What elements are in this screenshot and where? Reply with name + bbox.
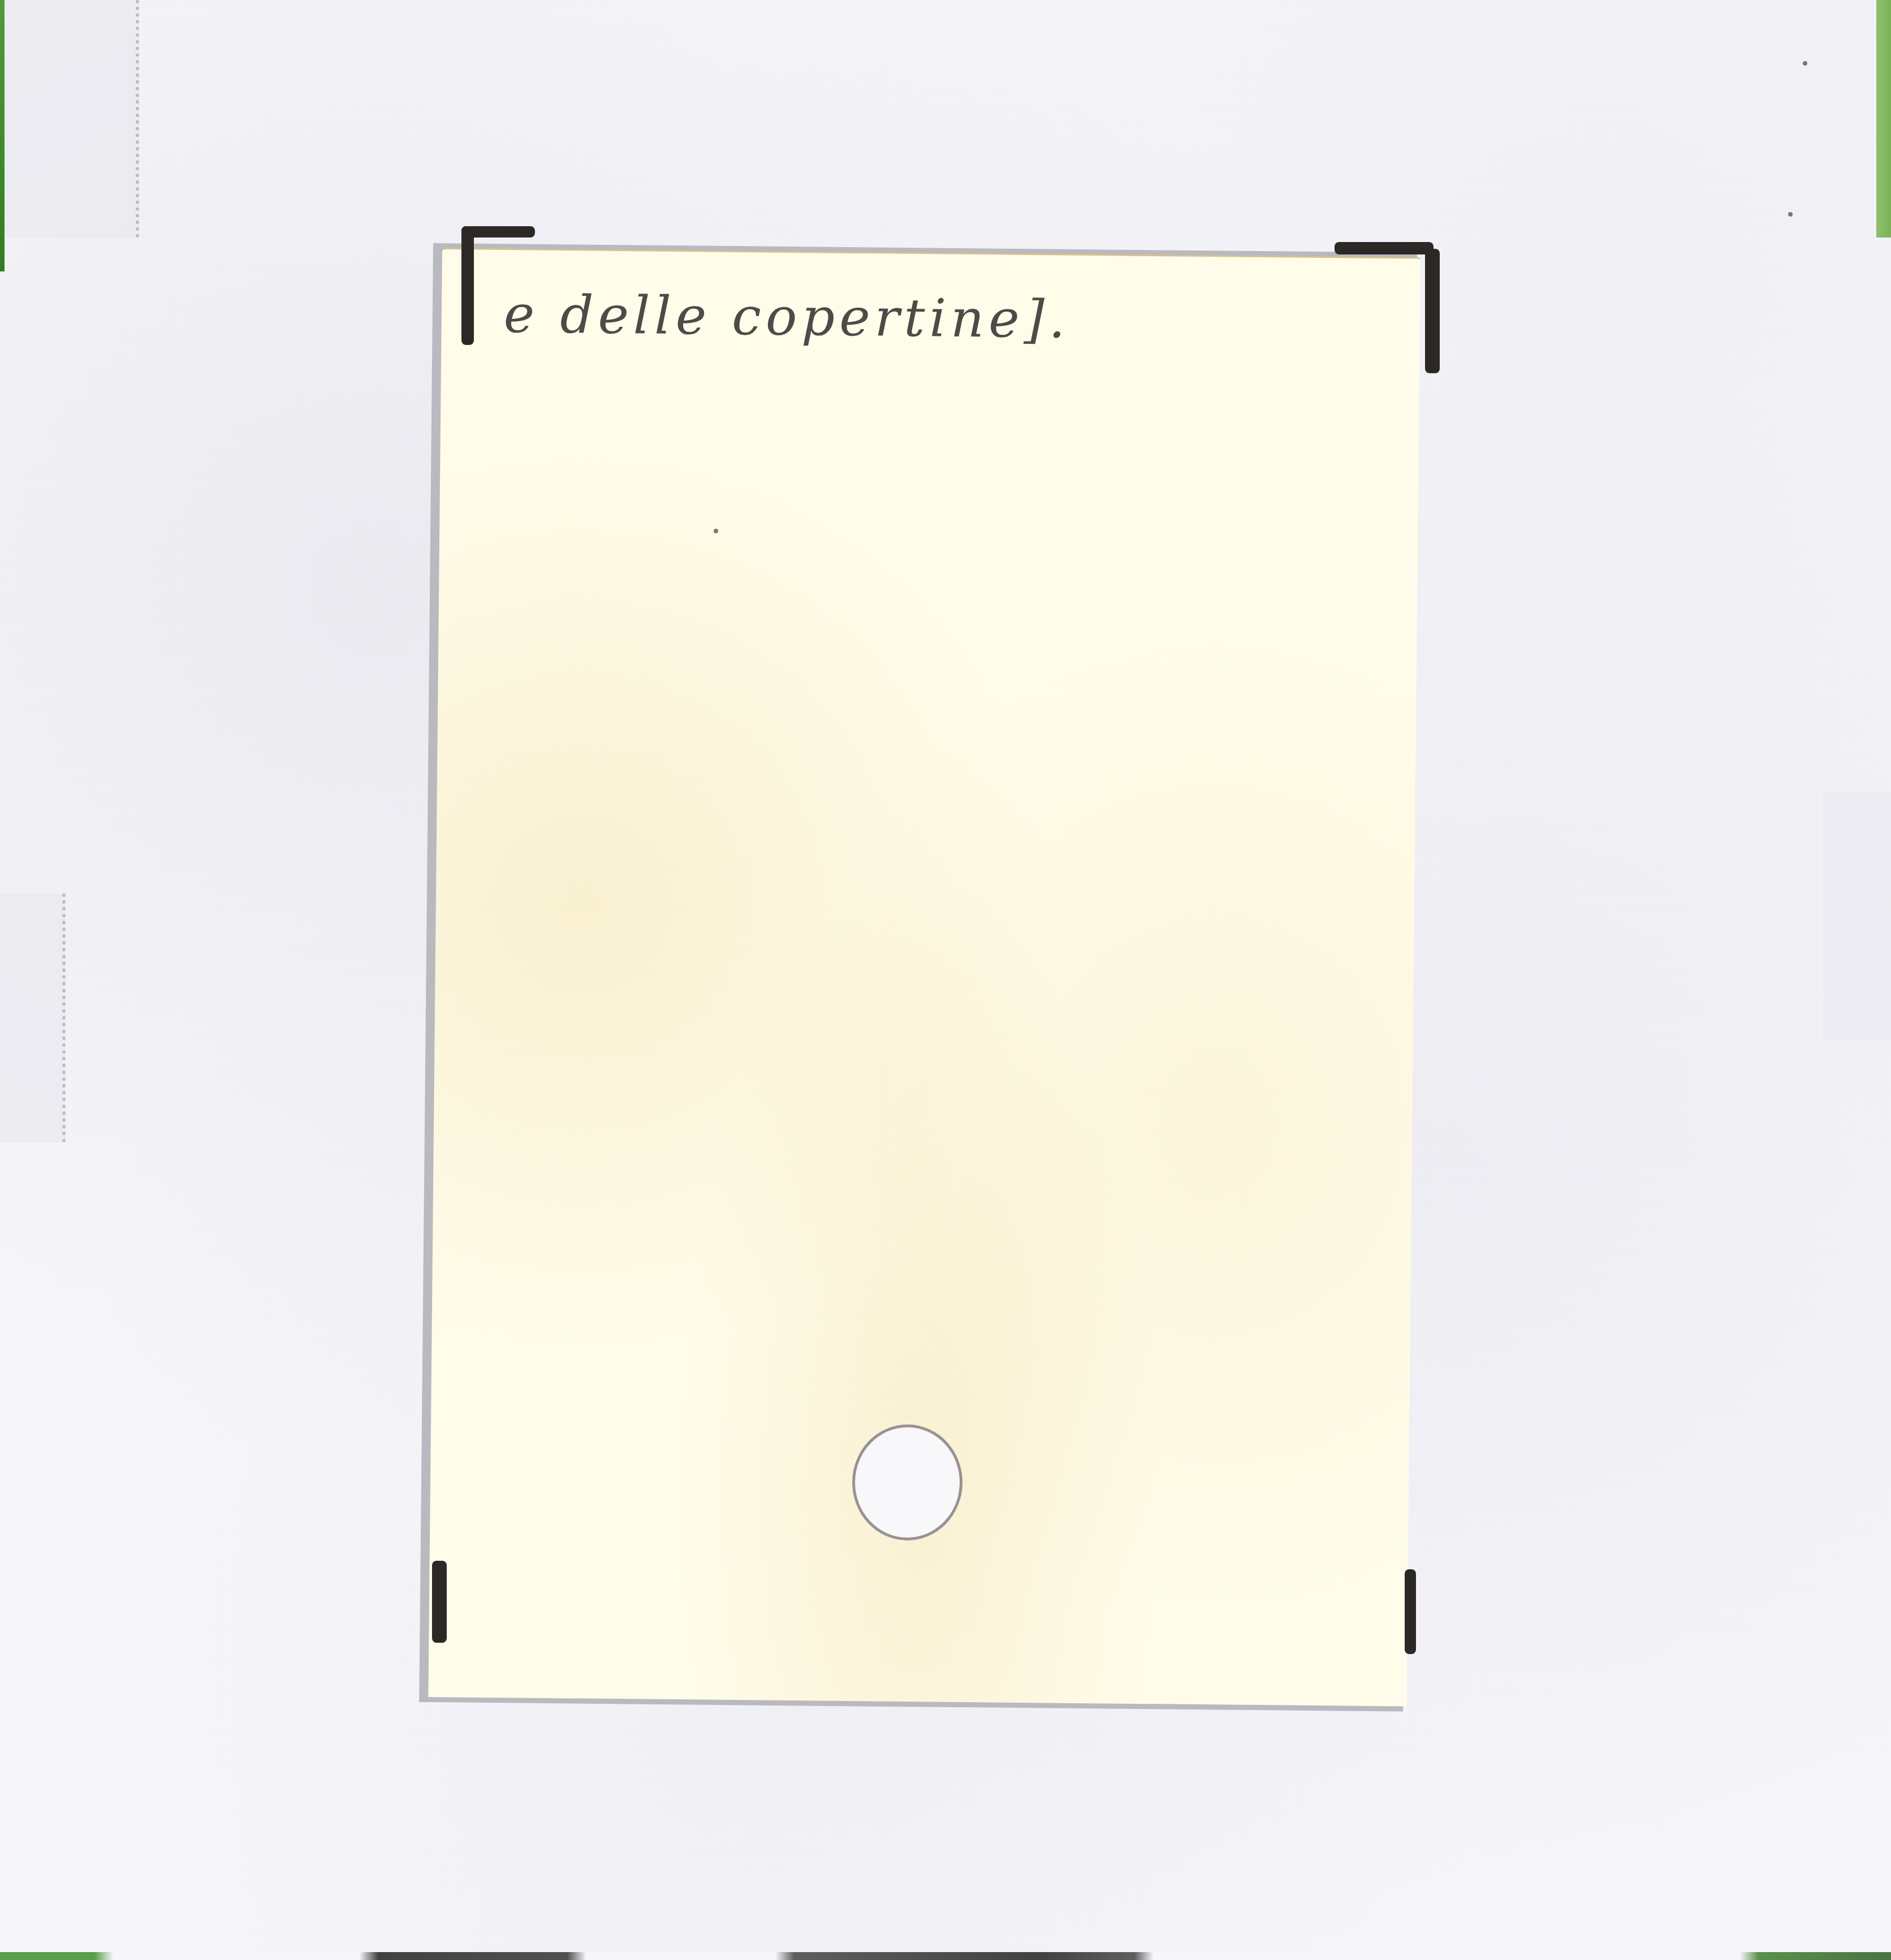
background-patch <box>1823 792 1891 1041</box>
dust-speck <box>714 529 718 533</box>
dust-speck <box>1803 61 1807 66</box>
index-card: e delle copertine]. <box>428 248 1421 1706</box>
green-edge-left <box>0 0 5 271</box>
corner-mount-bottom-left-icon <box>432 1561 447 1643</box>
green-edge-right <box>1876 0 1891 238</box>
corner-mount-top-right-icon <box>1335 242 1434 254</box>
corner-mount-top-left-icon <box>461 226 535 238</box>
punch-hole <box>852 1424 963 1541</box>
corner-mount-bottom-right-icon <box>1405 1569 1416 1654</box>
corner-mount-top-right-icon <box>1425 249 1440 373</box>
perforated-edge <box>0 0 139 238</box>
handwritten-note: e delle copertine]. <box>503 284 1070 350</box>
bottom-edge-strip <box>0 1952 1891 1960</box>
perforated-edge <box>0 893 66 1142</box>
dust-speck <box>1788 212 1793 217</box>
corner-mount-top-left-icon <box>461 226 474 345</box>
